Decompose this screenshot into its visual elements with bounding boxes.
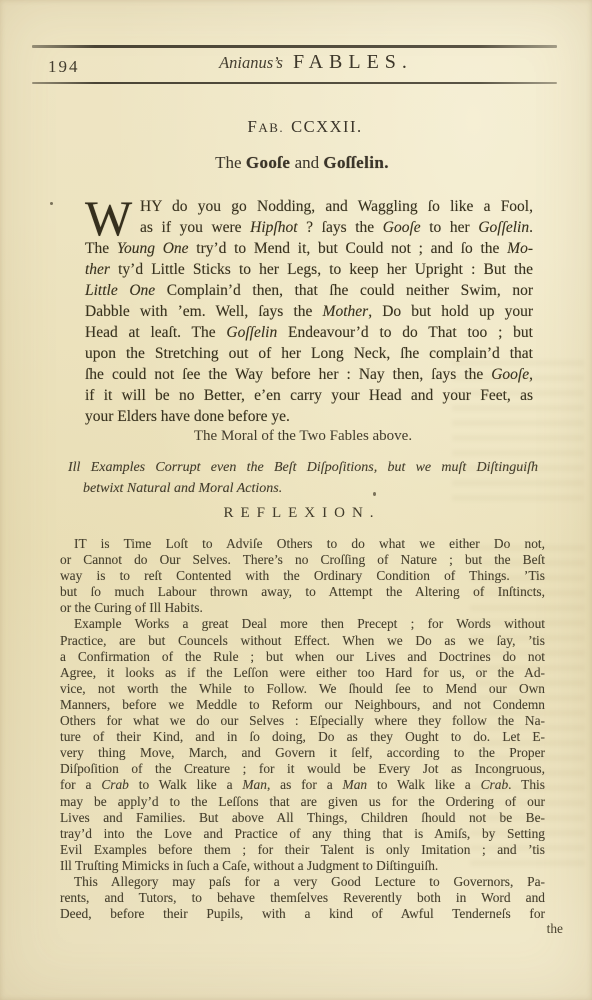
catchword: the bbox=[505, 921, 563, 937]
moral-heading: The Moral of the Two Fables above. bbox=[0, 428, 592, 445]
header-rule-bottom bbox=[32, 82, 557, 84]
moral-text: Ill Examples Corrupt even the Beſt Diſpo… bbox=[68, 457, 538, 499]
ink-speck bbox=[373, 492, 376, 496]
reflexion-text: IT is Time Loſt to Adviſe Others to do w… bbox=[60, 536, 545, 922]
fable-title: The Gooſe and Goſſelin. bbox=[0, 153, 592, 173]
fable-number-label: FAB. bbox=[247, 117, 284, 137]
fable-lines: HY do you go Nodding, and Waggling ſo li… bbox=[85, 196, 533, 427]
ink-speck bbox=[50, 202, 53, 205]
drop-cap: W bbox=[85, 196, 133, 238]
fable-text: W HY do you go Nodding, and Waggling ſo … bbox=[85, 196, 533, 427]
running-title: Anianus’sFABLES. bbox=[0, 51, 592, 74]
header-rule-top bbox=[32, 45, 557, 48]
fable-number-heading: FAB.CCXXII. bbox=[0, 117, 592, 137]
running-title-fables: FABLES. bbox=[293, 51, 413, 73]
fable-number-roman: CCXXII. bbox=[291, 117, 362, 136]
book-page: 194 Anianus’sFABLES. FAB.CCXXII. The Goo… bbox=[0, 0, 592, 1000]
reflexion-heading: REFLEXION. bbox=[0, 505, 592, 522]
running-title-author: Anianus’s bbox=[219, 53, 283, 72]
